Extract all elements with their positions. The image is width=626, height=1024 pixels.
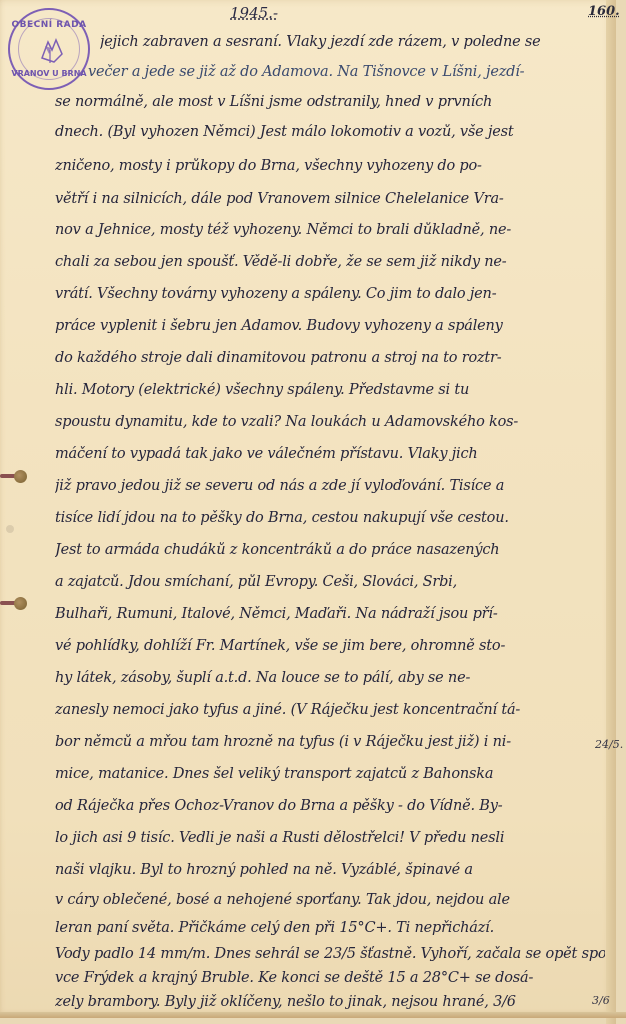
text-line: zničeno, mosty i průkopy do Brna, všechn…	[55, 158, 605, 174]
text-line: vce Frýdek a krajný Bruble. Ke konci se …	[55, 970, 605, 986]
text-line: chali za sebou jen spoušť. Vědě-li dobře…	[55, 254, 605, 270]
text-line: spoustu dynamitu, kde to vzali? Na louká…	[55, 414, 605, 430]
text-line: vé pohlídky, dohlíží Fr. Martínek, vše s…	[55, 638, 605, 654]
document-page: OBECNÍ RADA VRANOV U BRNA 1945.- 160. je…	[0, 0, 616, 1018]
margin-date-note: 3/6	[592, 994, 610, 1007]
text-line: od Ráječka přes Ochoz-Vranov do Brna a p…	[55, 798, 605, 814]
text-line: naši vlajku. Byl to hrozný pohled na ně.…	[55, 862, 605, 878]
text-line: větří i na silnicích, dále pod Vranovem …	[55, 191, 605, 207]
text-line: se normálně, ale most v Líšni jsme odstr…	[55, 94, 605, 110]
text-line: tisíce lidí jdou na to pěšky do Brna, ce…	[55, 510, 605, 526]
text-line: hy látek, zásoby, šuplí a.t.d. Na louce …	[55, 670, 605, 686]
text-line: Bulhaři, Rumuni, Italové, Němci, Maďaři.…	[55, 606, 605, 622]
text-line: nov a Jehnice, mosty též vyhozeny. Němci…	[55, 222, 605, 238]
text-line: zely brambory. Byly již oklíčeny, nešlo …	[55, 994, 575, 1010]
text-line: vrátí. Všechny továrny vyhozeny a spálen…	[55, 286, 605, 302]
text-line: leran paní světa. Přičkáme celý den při …	[55, 920, 605, 936]
text-line: večer a jede se již až do Adamova. Na Ti…	[88, 64, 606, 80]
text-line: zanesly nemoci jako tyfus a jiné. (V Ráj…	[55, 702, 605, 718]
page-bottom-edge	[0, 1012, 626, 1018]
text-line: Vody padlo 14 mm/m. Dnes sehrál se 23/5 …	[55, 946, 605, 962]
text-line: dnech. (Byl vyhozen Němci) Jest málo lok…	[55, 124, 605, 140]
text-line: a zajatců. Jdou smíchaní, půl Evropy. Če…	[55, 574, 605, 590]
text-line: již pravo jedou již se severu od nás a z…	[55, 478, 605, 494]
text-line: hli. Motory (elektrické) všechny spáleny…	[55, 382, 605, 398]
text-line: jejich zabraven a sesraní. Vlaky jezdí z…	[100, 34, 605, 50]
text-line: lo jich asi 9 tisíc. Vedli je naši a Rus…	[55, 830, 605, 846]
text-line: práce vyplenit i šebru jen Adamov. Budov…	[55, 318, 605, 334]
text-line: do každého stroje dali dinamitovou patro…	[55, 350, 605, 366]
text-line: máčení to vypadá tak jako ve válečném př…	[55, 446, 605, 462]
margin-date-note: 24/5.	[595, 738, 623, 751]
handwritten-text-body: jejich zabraven a sesraní. Vlaky jezdí z…	[0, 0, 626, 1024]
text-line: mice, matanice. Dnes šel veliký transpor…	[55, 766, 605, 782]
text-line: bor němců a mřou tam hrozně na tyfus (i …	[55, 734, 590, 750]
text-line: Jest to armáda chudáků z koncentráků a d…	[55, 542, 605, 558]
text-line: v cáry oblečené, bosé a nehojené sporťan…	[55, 892, 605, 908]
